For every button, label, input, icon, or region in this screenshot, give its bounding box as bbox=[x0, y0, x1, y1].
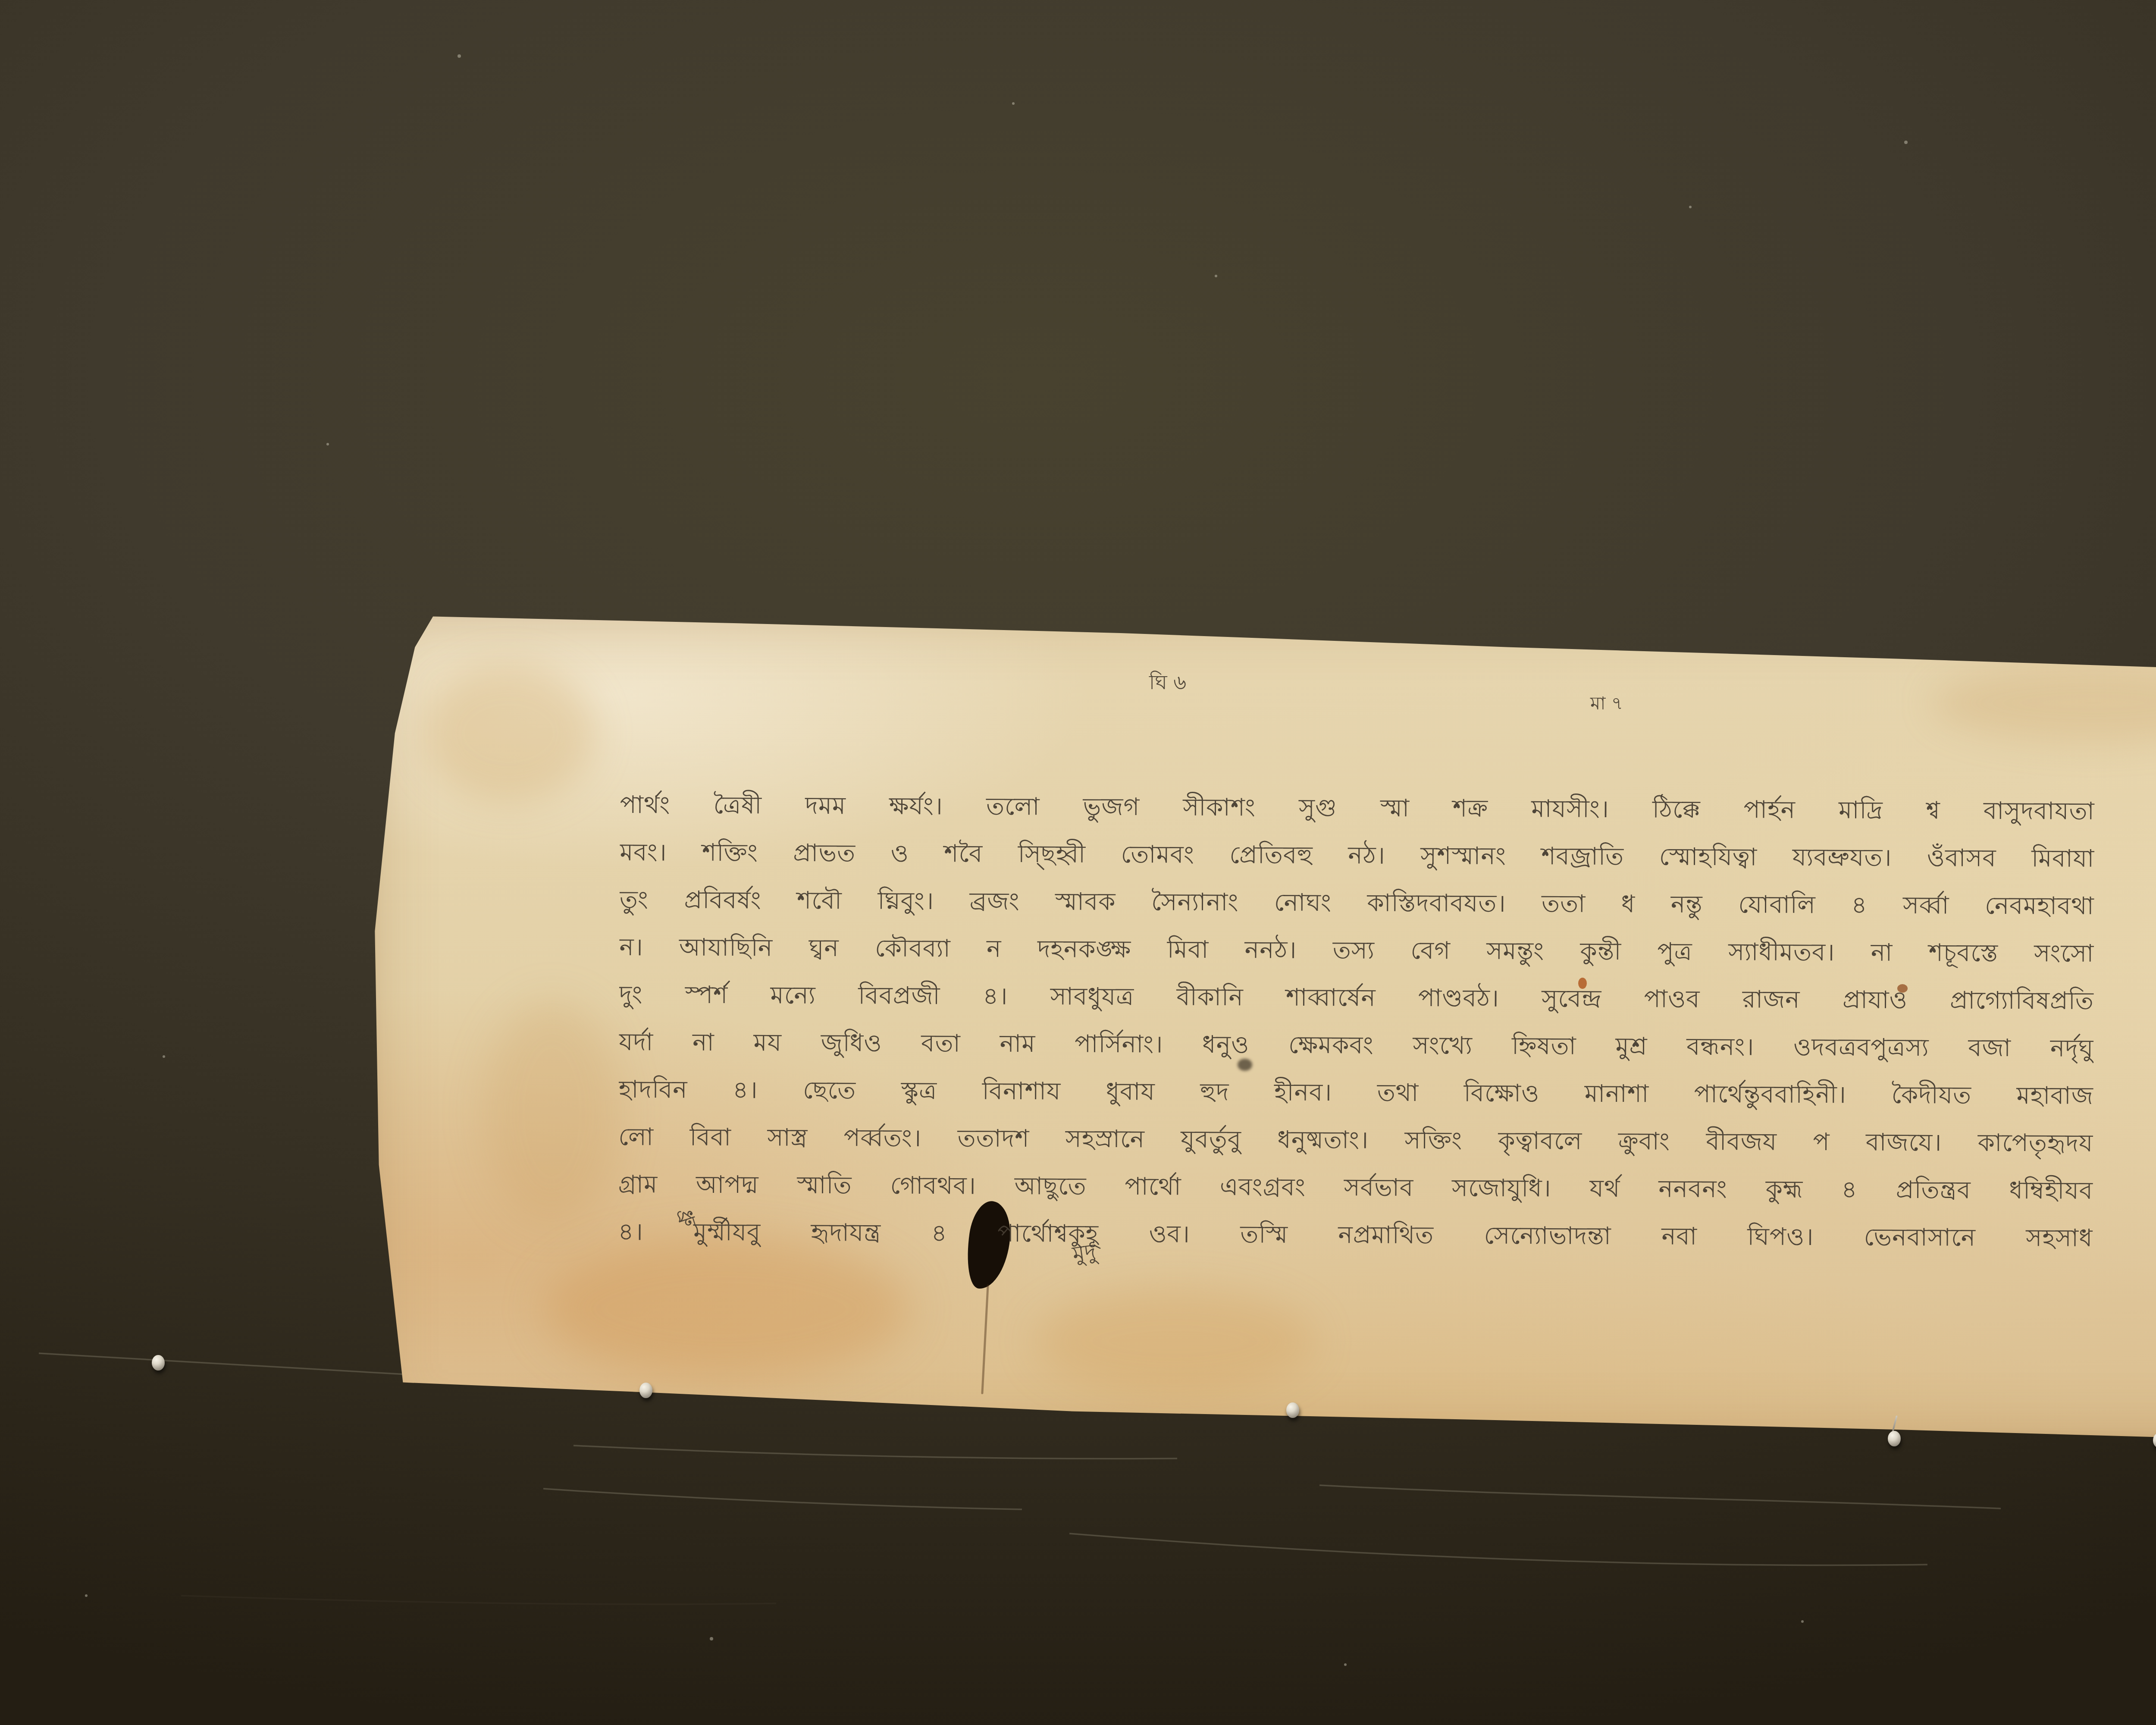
pin bbox=[639, 1383, 652, 1398]
manuscript-line: তুং প্রবিবর্ষং শবৌ ঘ্নিবুং। ব্রজং স্মাবক… bbox=[620, 876, 2094, 930]
paper-crack bbox=[981, 1284, 989, 1394]
manuscript-line: লো বিবা সাস্ত্র পর্ব্বতং। ততাদশ সহস্রানে… bbox=[618, 1113, 2093, 1167]
manuscript-line: পার্থং ত্রৈষী দমম ক্ষর্যং। তলো ভুজগ সীকা… bbox=[620, 781, 2095, 835]
photo-canvas: ঘি ৬ মা ৭ পার্থং ত্রৈষী দমম ক্ষর্যং। তলো… bbox=[0, 0, 2156, 1725]
paper-stain bbox=[1932, 664, 2156, 742]
text-block: পার্থং ত্রৈষী দমম ক্ষর্যং। তলো ভুজগ সীকা… bbox=[618, 781, 2095, 1262]
folio-mark-top-right: মা ৭ bbox=[1590, 689, 1623, 720]
pin bbox=[152, 1355, 165, 1371]
manuscript-line: ৪। মুর্ম্মীযবু হৃদাযন্ত্র ৪ পার্থোশ্বকুহ… bbox=[618, 1208, 2093, 1262]
manuscript-line: হাদবিন ৪। ছেতে স্কুত্র বিনাশায ধুবায হুদ… bbox=[619, 1066, 2093, 1120]
folio-mark-top-center: ঘি ৬ bbox=[1149, 668, 1186, 700]
manuscript-line: ন। আযাছিনি ঘ্বন কৌবব্যা ন দহনকঙ্ক্ষ মিবা… bbox=[619, 924, 2094, 978]
paper-stain bbox=[483, 1000, 621, 1225]
catchword-center: মুদু bbox=[1070, 1236, 1098, 1274]
paper-stain bbox=[423, 664, 595, 802]
manuscript-line: যর্দা না ময জুধিও বতা নাম পার্সিনাং। ধনু… bbox=[619, 1019, 2093, 1073]
manuscript-page: ঘি ৬ মা ৭ পার্থং ত্রৈষী দমম ক্ষর্যং। তলো… bbox=[371, 612, 2156, 1440]
manuscript-line: গ্রাম আপদ্ম স্মাতি গোবথব। আছুতে পার্থো এ… bbox=[618, 1161, 2093, 1215]
pin bbox=[1286, 1402, 1299, 1418]
paper-stain bbox=[1035, 1289, 1315, 1393]
paper-stain bbox=[543, 1238, 910, 1380]
manuscript-line: মবং। শক্তিং প্রাভত ও শবৈ স্ছিহ্বী তোমবং … bbox=[620, 829, 2094, 883]
manuscript-line: দুং স্পর্শ মন্যে বিবপ্রজী ৪। সাবধুযত্র ব… bbox=[619, 971, 2094, 1025]
pin bbox=[1888, 1431, 1901, 1446]
